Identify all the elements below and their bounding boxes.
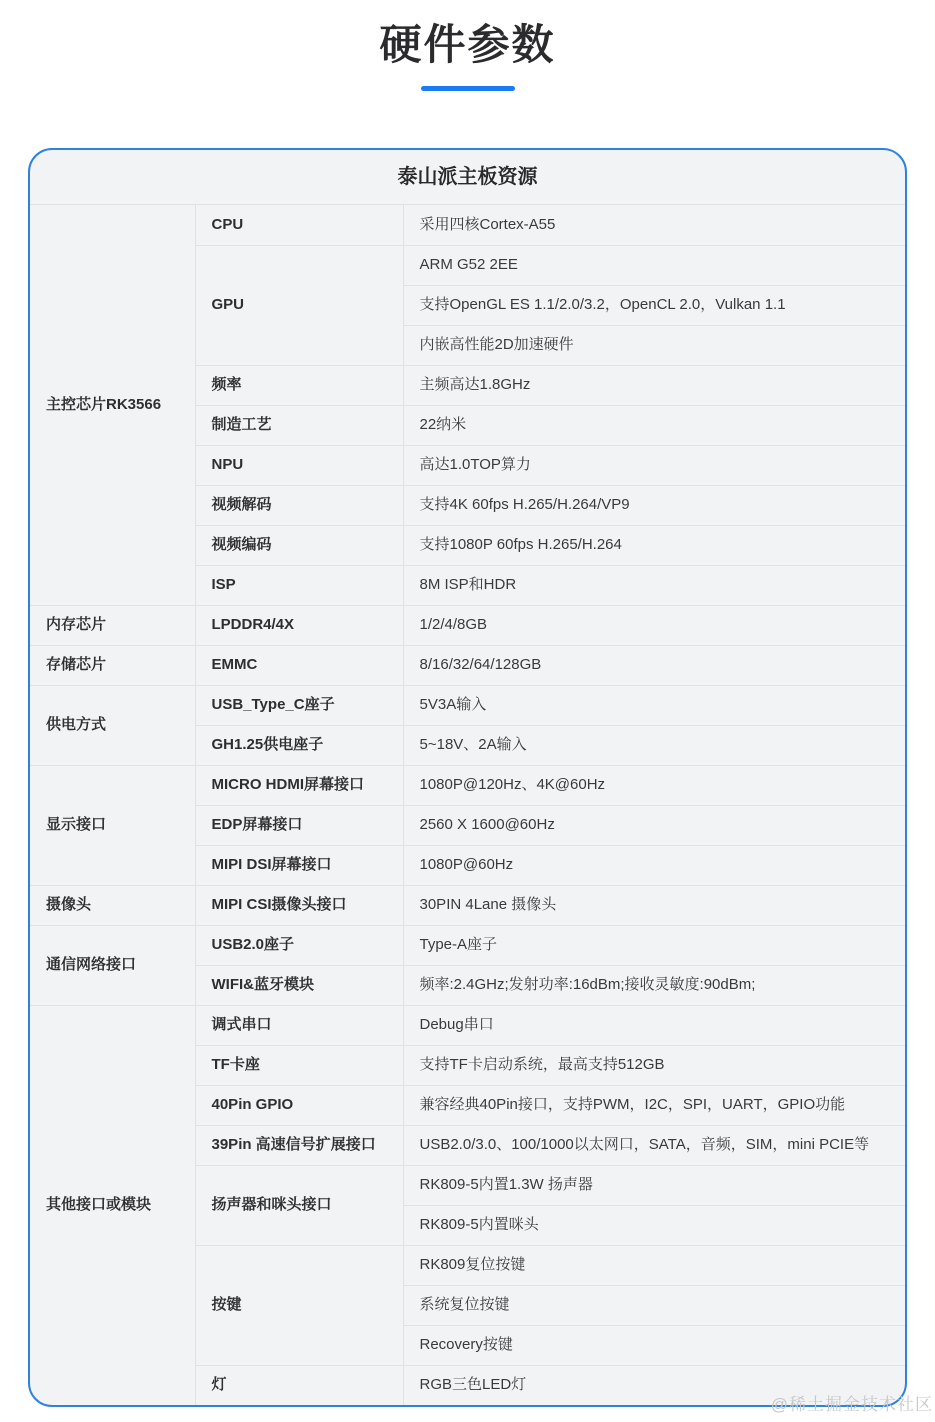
item-cell: ISP <box>195 565 403 605</box>
value-cell: 1080P@120Hz、4K@60Hz <box>403 765 905 805</box>
table-title: 泰山派主板资源 <box>30 150 905 205</box>
value-cell: 8/16/32/64/128GB <box>403 645 905 685</box>
item-cell: 频率 <box>195 365 403 405</box>
value-cell: 5~18V、2A输入 <box>403 725 905 765</box>
value-cell: USB2.0/3.0、100/1000以太网口，SATA，音频，SIM，mini… <box>403 1125 905 1165</box>
table-row: 存储芯片EMMC8/16/32/64/128GB <box>30 645 905 685</box>
item-cell: 按键 <box>195 1245 403 1365</box>
item-cell: 视频编码 <box>195 525 403 565</box>
table-row: 供电方式USB_Type_C座子5V3A输入 <box>30 685 905 725</box>
value-cell: 30PIN 4Lane 摄像头 <box>403 885 905 925</box>
item-cell: MIPI CSI摄像头接口 <box>195 885 403 925</box>
value-cell: Type-A座子 <box>403 925 905 965</box>
item-cell: USB_Type_C座子 <box>195 685 403 725</box>
value-cell: 支持4K 60fps H.265/H.264/VP9 <box>403 485 905 525</box>
item-cell: EMMC <box>195 645 403 685</box>
item-cell: 扬声器和咪头接口 <box>195 1165 403 1245</box>
item-cell: GPU <box>195 245 403 365</box>
category-cell: 摄像头 <box>30 885 195 925</box>
category-cell: 显示接口 <box>30 765 195 885</box>
value-cell: 支持TF卡启动系统，最高支持512GB <box>403 1045 905 1085</box>
value-cell: 1080P@60Hz <box>403 845 905 885</box>
item-cell: LPDDR4/4X <box>195 605 403 645</box>
value-cell: 系统复位按键 <box>403 1285 905 1325</box>
value-cell: 支持1080P 60fps H.265/H.264 <box>403 525 905 565</box>
item-cell: MIPI DSI屏幕接口 <box>195 845 403 885</box>
category-cell: 通信网络接口 <box>30 925 195 1005</box>
table-row: 内存芯片LPDDR4/4X1/2/4/8GB <box>30 605 905 645</box>
item-cell: CPU <box>195 205 403 245</box>
category-cell: 存储芯片 <box>30 645 195 685</box>
table-row: 显示接口MICRO HDMI屏幕接口1080P@120Hz、4K@60Hz <box>30 765 905 805</box>
item-cell: 视频解码 <box>195 485 403 525</box>
category-cell: 主控芯片RK3566 <box>30 205 195 605</box>
page-title: 硬件参数 <box>0 20 935 70</box>
value-cell: 采用四核Cortex-A55 <box>403 205 905 245</box>
value-cell: RK809-5内置1.3W 扬声器 <box>403 1165 905 1205</box>
value-cell: ARM G52 2EE <box>403 245 905 285</box>
value-cell: RK809-5内置咪头 <box>403 1205 905 1245</box>
value-cell: 高达1.0TOP算力 <box>403 445 905 485</box>
value-cell: Debug串口 <box>403 1005 905 1045</box>
spec-card: 泰山派主板资源 主控芯片RK3566CPU采用四核Cortex-A55GPUAR… <box>28 148 907 1407</box>
item-cell: USB2.0座子 <box>195 925 403 965</box>
item-cell: NPU <box>195 445 403 485</box>
table-row: 其他接口或模块调式串口Debug串口 <box>30 1005 905 1045</box>
value-cell: 支持OpenGL ES 1.1/2.0/3.2，OpenCL 2.0，Vulka… <box>403 285 905 325</box>
spec-table: 主控芯片RK3566CPU采用四核Cortex-A55GPUARM G52 2E… <box>30 205 905 1405</box>
item-cell: 灯 <box>195 1365 403 1405</box>
item-cell: 调式串口 <box>195 1005 403 1045</box>
value-cell: 2560 X 1600@60Hz <box>403 805 905 845</box>
value-cell: 频率:2.4GHz;发射功率:16dBm;接收灵敏度:90dBm; <box>403 965 905 1005</box>
item-cell: 40Pin GPIO <box>195 1085 403 1125</box>
value-cell: 1/2/4/8GB <box>403 605 905 645</box>
value-cell: 主频高达1.8GHz <box>403 365 905 405</box>
table-row: 摄像头MIPI CSI摄像头接口30PIN 4Lane 摄像头 <box>30 885 905 925</box>
item-cell: MICRO HDMI屏幕接口 <box>195 765 403 805</box>
watermark-text: @稀土掘金技术社区 <box>771 1390 933 1415</box>
category-cell: 内存芯片 <box>30 605 195 645</box>
item-cell: WIFI&蓝牙模块 <box>195 965 403 1005</box>
value-cell: 8M ISP和HDR <box>403 565 905 605</box>
item-cell: TF卡座 <box>195 1045 403 1085</box>
value-cell: 兼容经典40Pin接口，支持PWM，I2C，SPI，UART，GPIO功能 <box>403 1085 905 1125</box>
value-cell: RK809复位按键 <box>403 1245 905 1285</box>
table-row: 主控芯片RK3566CPU采用四核Cortex-A55 <box>30 205 905 245</box>
value-cell: Recovery按键 <box>403 1325 905 1365</box>
value-cell: 内嵌高性能2D加速硬件 <box>403 325 905 365</box>
title-underline-bar <box>421 86 515 91</box>
category-cell: 其他接口或模块 <box>30 1005 195 1405</box>
item-cell: 39Pin 高速信号扩展接口 <box>195 1125 403 1165</box>
table-row: 通信网络接口USB2.0座子Type-A座子 <box>30 925 905 965</box>
item-cell: EDP屏幕接口 <box>195 805 403 845</box>
category-cell: 供电方式 <box>30 685 195 765</box>
page-header: 硬件参数 <box>0 0 935 91</box>
item-cell: 制造工艺 <box>195 405 403 445</box>
value-cell: 22纳米 <box>403 405 905 445</box>
value-cell: 5V3A输入 <box>403 685 905 725</box>
item-cell: GH1.25供电座子 <box>195 725 403 765</box>
